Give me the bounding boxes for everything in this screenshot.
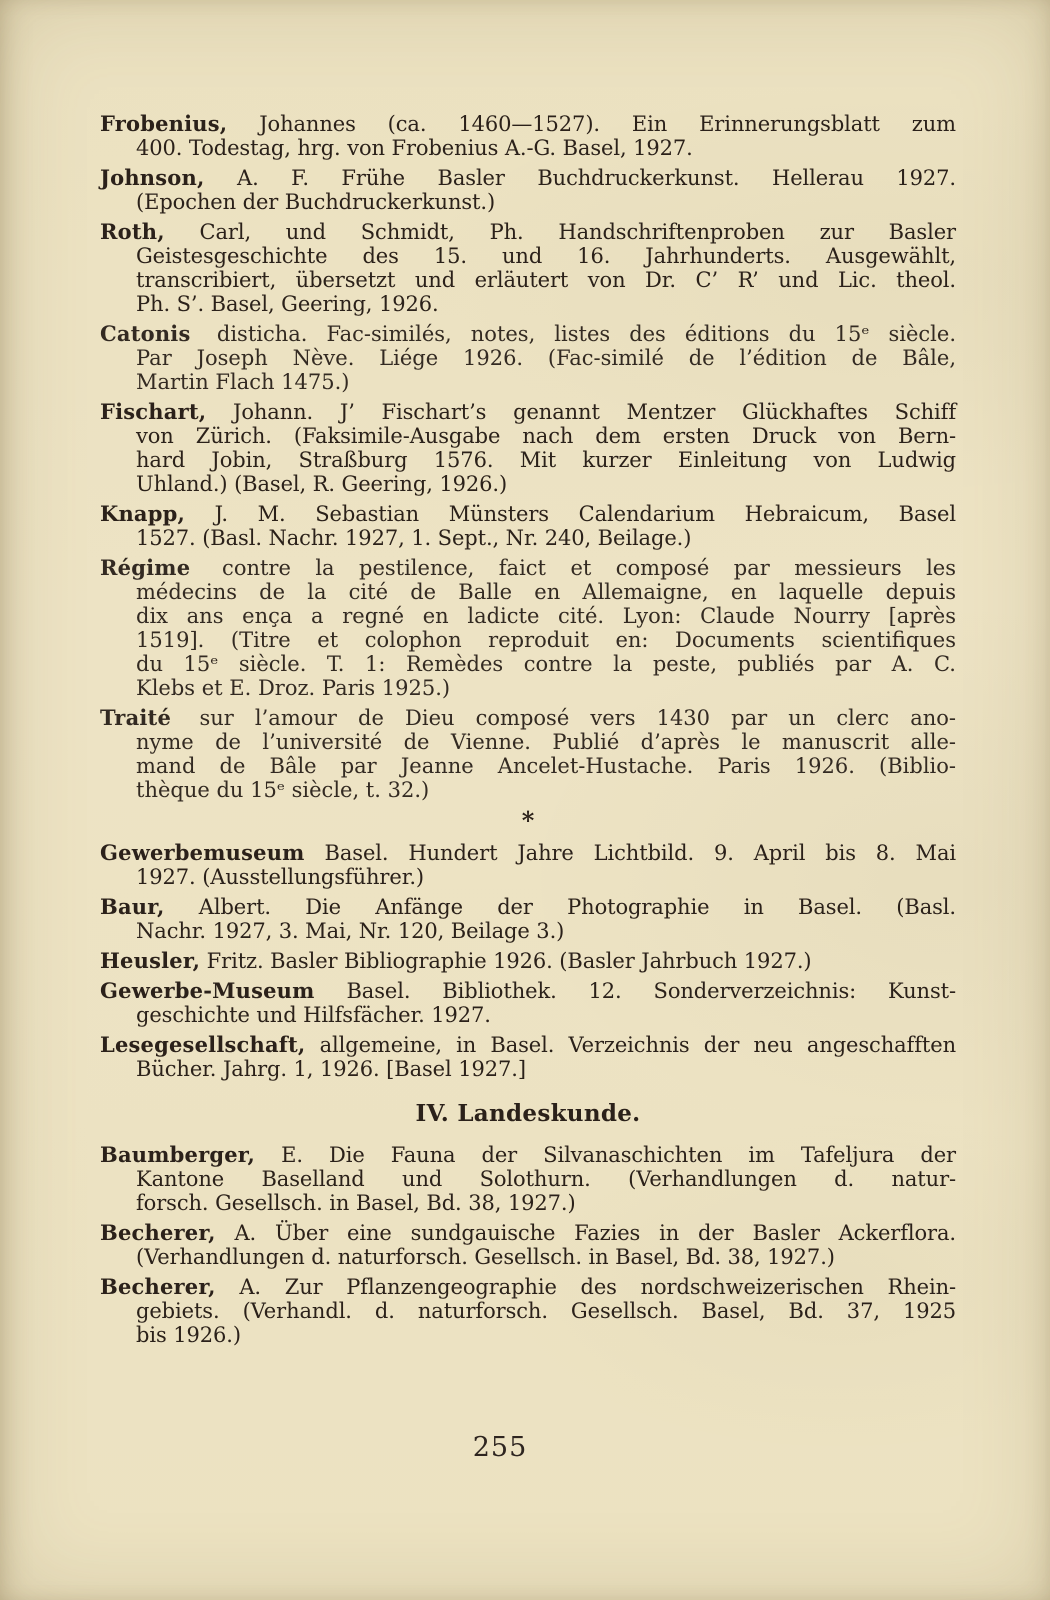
entry-lead-word: Heusler, [100, 948, 200, 973]
entry-line: Becherer, A. Zur Pflanzengeographie des … [136, 1275, 956, 1299]
page-number: 255 [0, 1432, 1000, 1463]
entry-lead-word: Fischart, [100, 399, 206, 424]
entry-line: Frobenius, Johannes (ca. 1460—1527). Ein… [136, 112, 956, 136]
bibliography-entry: Roth, Carl, und Schmidt, Ph. Handschrift… [100, 220, 956, 316]
bibliography-entry: Knapp, J. M. Sebastian Münsters Calendar… [100, 502, 956, 550]
bibliography-entry: Catonis disticha. Fac-similés, notes, li… [100, 322, 956, 394]
entry-line: geschichte und Hilfsfächer. 1927. [136, 1003, 956, 1027]
entry-line: 1927. (Ausstellungsführer.) [136, 865, 956, 889]
entry-line: Ph. S’. Basel, Geering, 1926. [136, 292, 956, 316]
entry-lead-word: Traité [100, 705, 171, 730]
entry-line: 1519]. (Titre et colophon reproduit en: … [136, 628, 956, 652]
entry-lead-word: Knapp, [100, 501, 185, 526]
entry-line: Bücher. Jahrg. 1, 1926. [Basel 1927.] [136, 1057, 956, 1081]
entry-lead-word: Becherer, [100, 1220, 216, 1245]
entry-line: Nachr. 1927, 3. Mai, Nr. 120, Beilage 3.… [136, 919, 956, 943]
entry-line: mand de Bâle par Jeanne Ancelet-Hustache… [136, 754, 956, 778]
entry-line: du 15ᵉ siècle. T. 1: Remèdes contre la p… [136, 652, 956, 676]
bibliography-entry: Baumberger, E. Die Fauna der Silvanaschi… [100, 1143, 956, 1215]
entry-line: Martin Flach 1475.) [136, 370, 956, 394]
entry-lead-word: Gewerbe-Museum [100, 978, 315, 1003]
bibliography-entry: Becherer, A. Zur Pflanzengeographie des … [100, 1275, 956, 1347]
bibliography-entry: Régime contre la pestilence, faict et co… [100, 556, 956, 700]
entry-lead-word: Baur, [100, 894, 164, 919]
bibliography-entry: Fischart, Johann. J’ Fischart’s genannt … [100, 400, 956, 496]
bibliography-entry: Heusler, Fritz. Basler Bibliographie 192… [100, 949, 956, 973]
book-page: Frobenius, Johannes (ca. 1460—1527). Ein… [0, 0, 1050, 1600]
entry-line: Johnson, A. F. Frühe Basler Buchdruckerk… [136, 166, 956, 190]
entry-lead-word: Johnson, [100, 165, 205, 190]
entry-line: 400. Todestag, hrg. von Frobenius A.-G. … [136, 136, 956, 160]
entry-lead-word: Catonis [100, 321, 191, 346]
entry-lead-word: Régime [100, 555, 190, 580]
entry-line: gebiets. (Verhandl. d. naturforsch. Gese… [136, 1299, 956, 1323]
entry-line: Gewerbemuseum Basel. Hundert Jahre Licht… [136, 841, 956, 865]
section-heading: IV. Landeskunde. [100, 1101, 956, 1127]
section-divider-asterisk: * [100, 808, 956, 833]
entry-line: Becherer, A. Über eine sundgauische Fazi… [136, 1221, 956, 1245]
entry-line: Gewerbe-Museum Basel. Bibliothek. 12. So… [136, 979, 956, 1003]
entry-line: Lesegesellschaft, allgemeine, in Basel. … [136, 1033, 956, 1057]
entry-line: Par Joseph Nève. Liége 1926. (Fac-similé… [136, 346, 956, 370]
entry-line: Kantone Baselland und Solothurn. (Verhan… [136, 1167, 956, 1191]
entry-lead-word: Frobenius, [100, 111, 227, 136]
bibliography-entry: Lesegesellschaft, allgemeine, in Basel. … [100, 1033, 956, 1081]
entry-lead-word: Lesegesellschaft, [100, 1032, 305, 1057]
entry-line: Fischart, Johann. J’ Fischart’s genannt … [136, 400, 956, 424]
entry-line: médecins de la cité de Balle en Allemaig… [136, 580, 956, 604]
entry-line: Traité sur l’amour de Dieu composé vers … [136, 706, 956, 730]
entry-lead-word: Gewerbemuseum [100, 840, 305, 865]
entry-line: thèque du 15ᵉ siècle, t. 32.) [136, 778, 956, 802]
entry-line: Geistesgeschichte des 15. und 16. Jahrhu… [136, 244, 956, 268]
entry-line: von Zürich. (Faksimile-Ausgabe nach dem … [136, 424, 956, 448]
entry-line: Heusler, Fritz. Basler Bibliographie 192… [136, 949, 956, 973]
bibliography-entry: Baur, Albert. Die Anfänge der Photograph… [100, 895, 956, 943]
bibliography-text-block: Frobenius, Johannes (ca. 1460—1527). Ein… [100, 112, 956, 1353]
entry-line: nyme de l’université de Vienne. Publié d… [136, 730, 956, 754]
entry-line: Uhland.) (Basel, R. Geering, 1926.) [136, 472, 956, 496]
entry-line: dix ans ença a regné en ladicte cité. Ly… [136, 604, 956, 628]
bibliography-entry: Gewerbe-Museum Basel. Bibliothek. 12. So… [100, 979, 956, 1027]
entry-line: 1527. (Basl. Nachr. 1927, 1. Sept., Nr. … [136, 526, 956, 550]
entry-line: Catonis disticha. Fac-similés, notes, li… [136, 322, 956, 346]
entry-lead-word: Roth, [100, 219, 165, 244]
bibliography-entry: Frobenius, Johannes (ca. 1460—1527). Ein… [100, 112, 956, 160]
bibliography-entry: Traité sur l’amour de Dieu composé vers … [100, 706, 956, 802]
bibliography-entry: Johnson, A. F. Frühe Basler Buchdruckerk… [100, 166, 956, 214]
entry-line: forsch. Gesellsch. in Basel, Bd. 38, 192… [136, 1191, 956, 1215]
bibliography-entry: Gewerbemuseum Basel. Hundert Jahre Licht… [100, 841, 956, 889]
entry-line: Klebs et E. Droz. Paris 1925.) [136, 676, 956, 700]
entry-line: hard Jobin, Straßburg 1576. Mit kurzer E… [136, 448, 956, 472]
entry-line: Baumberger, E. Die Fauna der Silvanaschi… [136, 1143, 956, 1167]
entry-line: transcribiert, übersetzt und erläutert v… [136, 268, 956, 292]
entry-line: (Verhandlungen d. naturforsch. Gesellsch… [136, 1245, 956, 1269]
entry-line: Baur, Albert. Die Anfänge der Photograph… [136, 895, 956, 919]
entry-line: (Epochen der Buchdruckerkunst.) [136, 190, 956, 214]
bibliography-entry: Becherer, A. Über eine sundgauische Fazi… [100, 1221, 956, 1269]
entry-line: Roth, Carl, und Schmidt, Ph. Handschrift… [136, 220, 956, 244]
entry-lead-word: Becherer, [100, 1274, 216, 1299]
entry-lead-word: Baumberger, [100, 1142, 255, 1167]
entry-line: Knapp, J. M. Sebastian Münsters Calendar… [136, 502, 956, 526]
entry-line: Régime contre la pestilence, faict et co… [136, 556, 956, 580]
entry-line: bis 1926.) [136, 1323, 956, 1347]
